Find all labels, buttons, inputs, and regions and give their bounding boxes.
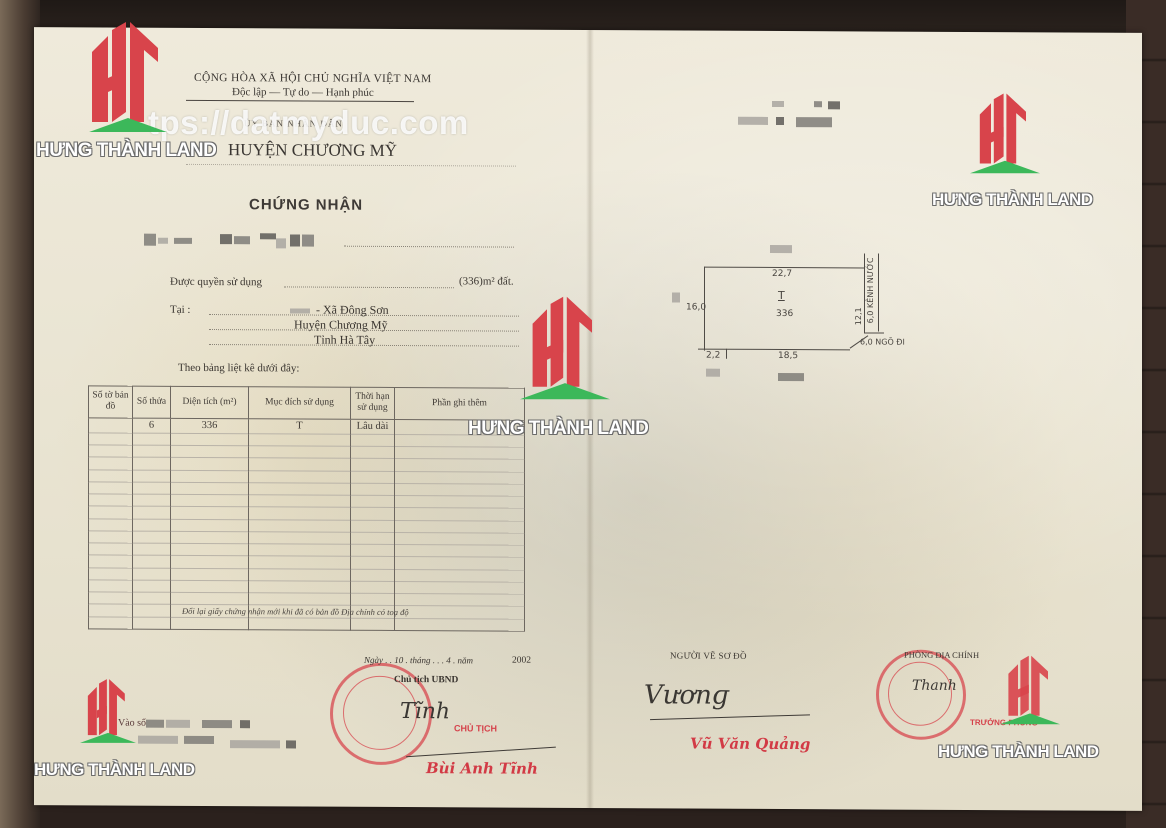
col-header-term: Thời hạn sử dụng xyxy=(351,387,395,419)
right-of-use-label: Được quyền sử dụng xyxy=(170,276,262,288)
land-office-title: PHÒNG ĐỊA CHÍNH xyxy=(904,650,979,660)
certificate-title: CHỨNG NHẬN xyxy=(249,196,363,214)
sketch-bottom-left: 2,2 xyxy=(706,351,720,361)
signature-line xyxy=(406,747,556,758)
sketch-left-length: 16,0 xyxy=(686,303,706,313)
drafter-title: NGƯỜI VẼ SƠ ĐỒ xyxy=(670,650,747,660)
brand-logo-icon xyxy=(1000,640,1060,740)
brand-logo-icon xyxy=(80,666,136,756)
land-parcel-table: Số tờ bản đồ Số thửa Diện tích (m²) Mục … xyxy=(88,385,525,631)
land-office-signature: Thanh xyxy=(912,678,957,694)
location-label: Tại : xyxy=(170,304,190,316)
table-row-empty xyxy=(89,617,525,632)
table-header-row: Số tờ bản đồ Số thửa Diện tích (m²) Mục … xyxy=(89,386,525,420)
list-label: Theo bảng liệt kê dưới đây: xyxy=(178,362,299,375)
issue-date: Ngày . . 10 . tháng . . . 4 . năm xyxy=(364,655,473,666)
land-office-red-seal xyxy=(876,650,966,740)
cell-area: 336 xyxy=(171,418,249,434)
col-header-map-sheet: Số tờ bản đồ xyxy=(89,386,133,418)
parcel-sketch: 22,7 16,0 T 336 12,1 6,0 KÊNH NƯỚC 6,0 N… xyxy=(660,230,920,381)
brand-watermark-bottom-right: HƯNG THÀNH LAND xyxy=(1000,640,1140,780)
col-header-parcel-no: Số thửa xyxy=(133,386,171,418)
location-redacted xyxy=(290,308,310,313)
brand-watermark-top-left: HƯNG THÀNH LAND xyxy=(78,22,218,162)
brand-logo-icon xyxy=(520,286,610,410)
header-divider xyxy=(186,100,414,102)
motto: Độc lập — Tự do — Hạnh phúc xyxy=(232,86,374,99)
area-value: (336)m² đất. xyxy=(459,275,514,287)
district-name: HUYỆN CHƯƠNG MỸ xyxy=(228,140,397,161)
right-of-use-dots xyxy=(284,286,454,288)
brand-watermark-bottom-left: HƯNG THÀNH LAND xyxy=(80,666,220,806)
drafter-name-stamp: Vũ Văn Quảng xyxy=(690,735,810,754)
sketch-area: 336 xyxy=(776,309,793,319)
sketch-land-code: T xyxy=(778,289,785,302)
table-footnote: Đổi lại giấy chứng nhận mới khi đã có bả… xyxy=(182,606,409,617)
sketch-top-length: 22,7 xyxy=(772,269,792,279)
issue-year: 2002 xyxy=(512,656,531,666)
drafter-signature: Vươnɡ xyxy=(644,680,729,710)
sketch-bottom-length: 18,5 xyxy=(778,351,798,361)
location-commune: - Xã Đông Sơn xyxy=(316,303,389,318)
chairman-role-stamp: CHỦ TỊCH xyxy=(454,723,497,733)
chairman-signature: Tĩnh xyxy=(400,699,450,724)
brand-watermark-center: HƯNG THÀNH LAND xyxy=(520,286,660,426)
sketch-right-length: 12,1 xyxy=(854,307,863,325)
col-header-area: Diện tích (m²) xyxy=(171,386,249,418)
sketch-canal-label: 6,0 KÊNH NƯỚC xyxy=(866,257,875,323)
col-header-purpose: Mục đích sử dụng xyxy=(249,387,351,419)
brand-watermark-top-right: HƯNG THÀNH LAND xyxy=(970,82,1110,222)
sketch-alley-label: 6,0 NGÕ ĐI xyxy=(860,337,905,346)
cell-map-sheet xyxy=(89,418,133,434)
cell-term: Lâu dài xyxy=(351,419,395,435)
chairman-name-stamp: Bùi Anh Tĩnh xyxy=(426,759,538,778)
owner-dotted-line xyxy=(344,246,514,248)
district-divider xyxy=(186,164,516,167)
brand-logo-icon xyxy=(970,82,1040,182)
republic-header: CỘNG HÒA XÃ HỘI CHỦ NGHĨA VIỆT NAM xyxy=(194,72,432,85)
brand-logo-icon xyxy=(78,22,178,132)
signer-title: Chủ tịch UBND xyxy=(394,675,458,685)
drafter-signature-line xyxy=(650,714,810,720)
cell-parcel-no: 6 xyxy=(133,418,171,434)
col-header-notes: Phần ghi thêm xyxy=(395,387,525,419)
cell-purpose: T xyxy=(249,418,351,434)
